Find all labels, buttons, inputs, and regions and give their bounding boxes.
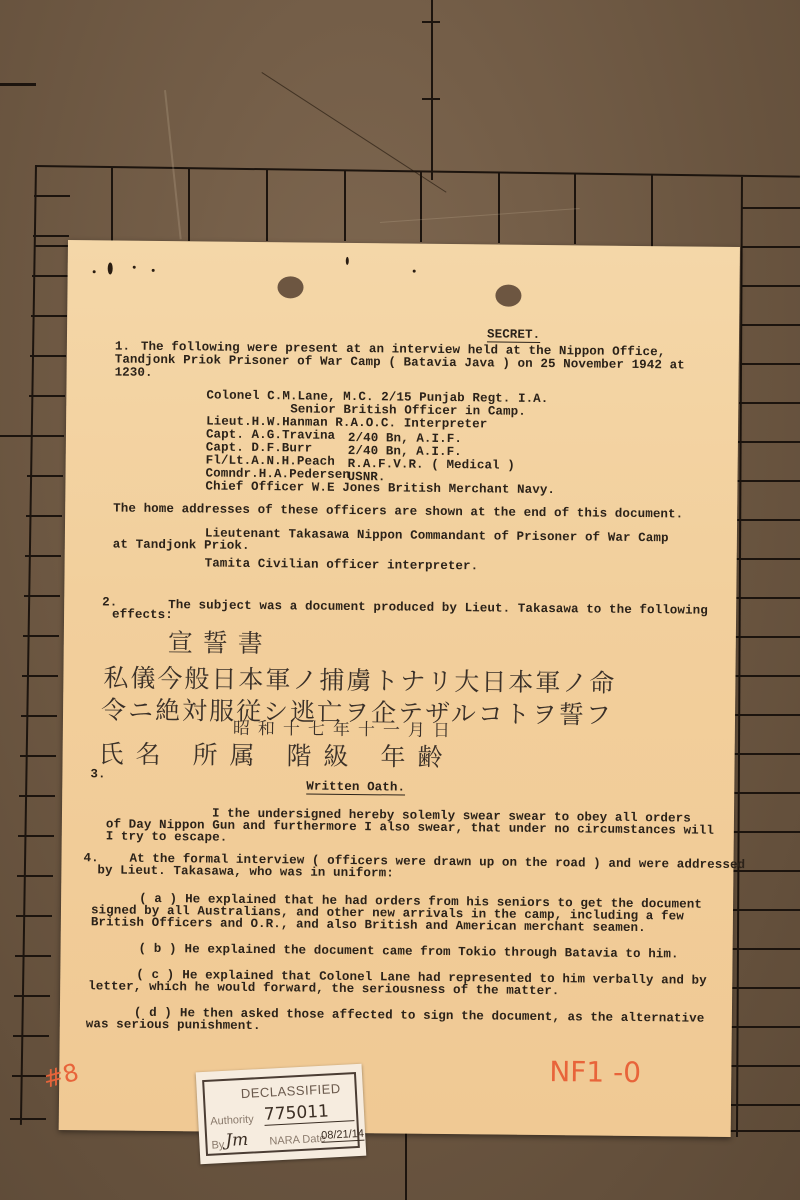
stamp-authority-value: 775011 — [263, 1100, 354, 1126]
grid-line — [20, 755, 56, 757]
grid-line — [25, 555, 61, 557]
grid-line — [735, 558, 800, 560]
grid-line — [0, 435, 64, 437]
section-1-line: 1230. — [115, 366, 153, 379]
grid-line — [188, 168, 190, 241]
section-3-number: 3. — [90, 768, 105, 781]
speck — [152, 269, 155, 272]
grid-line — [14, 995, 50, 997]
grid-line — [737, 480, 800, 482]
grid-line — [16, 915, 52, 917]
item-c-line: letter, which he would forward, the seri… — [88, 980, 559, 998]
grid-line — [33, 235, 69, 237]
grid-line — [731, 753, 800, 755]
stamp-date-value: 08/21/14 — [321, 1128, 364, 1143]
handwritten-oath-title: 宣 誓 書 — [168, 623, 264, 660]
grid-line — [20, 165, 37, 1125]
item-d-line: was serious punishment. — [86, 1018, 261, 1033]
classification-label: SECRET. — [487, 328, 540, 342]
grid-line — [741, 285, 800, 287]
grid-line — [34, 195, 70, 197]
grid-line — [27, 475, 63, 477]
grid-line — [728, 909, 800, 911]
file-code-annotation: NF1 -0 — [549, 1055, 641, 1089]
grid-line — [344, 170, 346, 241]
grid-line — [733, 675, 800, 677]
grid-line — [739, 402, 800, 404]
grid-line — [24, 595, 60, 597]
stamp-authority-label: Authority — [210, 1113, 254, 1127]
grid-line — [31, 315, 67, 317]
speck — [93, 270, 96, 273]
attendee-name: Chief Officer W.E Jones British Merchant… — [205, 480, 555, 497]
grid-line — [730, 831, 800, 833]
grid-line — [726, 1026, 800, 1028]
oath-heading: Written Oath. — [306, 781, 405, 795]
document-page: SECRET. 1. The following were present at… — [59, 240, 740, 1137]
grid-line — [111, 167, 113, 242]
grid-line — [651, 175, 653, 247]
grid-line — [724, 1130, 800, 1132]
grid-line — [32, 275, 68, 277]
stamp-title: DECLASSIFIED — [240, 1081, 341, 1101]
grid-line — [738, 441, 800, 443]
declassified-stamp: DECLASSIFIED Authority 775011 By Jm NARA… — [196, 1064, 367, 1165]
grid-line — [741, 324, 800, 326]
section-2-line: effects: — [112, 608, 173, 622]
grid-line — [727, 948, 800, 950]
grid-line — [266, 169, 268, 241]
japanese-officer-line: at Tandjonk Priok. — [113, 538, 250, 552]
grid-line — [726, 987, 800, 989]
japanese-officer-line: Lieutenant Takasawa Nippon Commandant of… — [205, 527, 669, 545]
grid-line — [734, 597, 800, 599]
grid-line — [26, 515, 62, 517]
grid-line — [17, 875, 53, 877]
speck — [108, 262, 113, 274]
grid-line — [21, 715, 57, 717]
speck — [133, 266, 136, 269]
item-b-label: ( b ) — [139, 943, 177, 956]
addresses-note: The home addresses of these officers are… — [113, 502, 683, 521]
section-4-line: by Lieut. Takasawa, who was in uniform: — [97, 864, 394, 880]
grid-line — [29, 395, 65, 397]
stamp-nara-label: NARA Date — [269, 1133, 326, 1148]
grid-line — [23, 635, 59, 637]
grid-line — [725, 1065, 800, 1067]
grid-line — [736, 519, 800, 521]
grid-line — [724, 1104, 800, 1106]
speck — [346, 257, 349, 265]
speck — [413, 270, 416, 273]
grid-line — [730, 792, 800, 794]
grid-line — [431, 0, 433, 180]
grid-line — [405, 1128, 407, 1200]
grid-line — [19, 795, 55, 797]
handwritten-oath-line: 氏名 所属 階級 年齢 — [98, 734, 454, 774]
item-b-line: He explained the document came from Toki… — [185, 943, 679, 961]
stamp-border: DECLASSIFIED Authority 775011 By Jm NARA… — [202, 1072, 360, 1156]
oath-line: I try to escape. — [106, 830, 228, 844]
stamp-signature: Jm — [225, 1130, 249, 1151]
grid-line — [734, 636, 800, 638]
section-2-line: The subject was a document produced by L… — [168, 599, 708, 618]
grid-tick — [0, 83, 36, 86]
stamp-by-label: By — [211, 1139, 224, 1152]
grid-line — [498, 173, 500, 243]
grid-tick — [422, 98, 440, 100]
grid-line — [732, 714, 800, 716]
grid-line — [35, 165, 800, 178]
grid-line — [420, 172, 422, 242]
grid-line — [30, 355, 66, 357]
grid-line — [742, 246, 800, 248]
scratch-mark — [380, 208, 580, 223]
grid-line — [18, 835, 54, 837]
grid-line — [10, 1118, 46, 1120]
grid-line — [22, 675, 58, 677]
grid-line — [740, 363, 800, 365]
scratch-mark — [261, 72, 446, 193]
punch-hole — [495, 284, 521, 306]
grid-line — [13, 1035, 49, 1037]
scratch-mark — [164, 90, 182, 239]
grid-line — [15, 955, 51, 957]
grid-line — [742, 207, 800, 209]
japanese-officer-line: Tamita Civilian officer interpreter. — [205, 557, 479, 573]
grid-tick — [422, 21, 440, 23]
punch-hole — [277, 276, 303, 298]
